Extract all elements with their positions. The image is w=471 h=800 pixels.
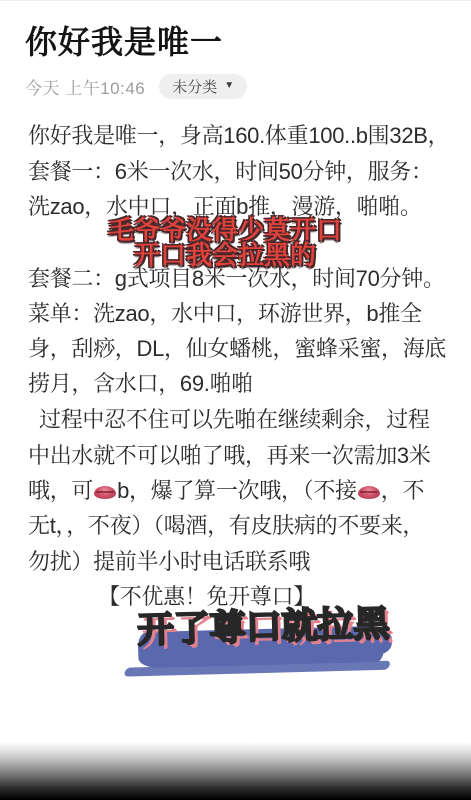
lips-emoji-icon [358,486,380,499]
body-line: 无t，，不夜）（喝酒，有皮肤病的不要来， [28,511,424,541]
body-line: 勿扰）提前半小时电话联系哦 [28,547,310,577]
note-page: 你好我是唯一 今天 上午10:46 未分类 ▼ 你好我是唯一，身高160.体重1… [0,0,471,800]
category-selector[interactable]: 未分类 ▼ [159,74,247,99]
page-title: 你好我是唯一 [25,17,223,63]
lips-emoji-icon [94,486,116,499]
body-line-with-emoji: 哦，可b，爆了算一次哦，（不接，不 [28,476,424,506]
body-line: 套餐一：6米一次水，时间50分钟，服务： [28,157,433,187]
note-meta-row: 今天 上午10:46 未分类 ▼ [25,73,247,99]
note-timestamp: 今天 上午10:46 [25,74,145,99]
bottom-fade-overlay [0,742,471,800]
body-line: 菜单：洗zao，水中口，环游世界，b推全 [28,299,422,329]
body-line: 你好我是唯一，身高160.体重100..b围32B， [28,121,449,151]
chevron-down-icon: ▼ [224,81,234,91]
body-line: 捞月，含水口，69.啪啪 [28,369,253,399]
category-label: 未分类 [172,76,217,97]
body-line-part: 哦，可 [28,478,93,503]
body-line: 过程中忍不住可以先啪在继续剩余，过程 [28,405,430,435]
body-line: 身，刮痧，DL，仙女蟠桃，蜜蜂采蜜，海底 [28,334,446,364]
red-warning-sticker: 毛爷爷没得少莫开口 开口我会拉黑的 [85,218,365,268]
blacklist-sticker-text: 开了尊口就拉黑 [135,602,392,653]
body-line: 中出水就不可以啪了哦，再来一次需加3米 [28,441,431,471]
body-line-part: ，不 [381,478,424,503]
red-warning-line: 开口我会拉黑的 [85,243,365,268]
body-line-part: b，爆了算一次哦，（不接 [117,478,357,503]
blacklist-sticker: 开了尊口就拉黑 [131,598,393,685]
